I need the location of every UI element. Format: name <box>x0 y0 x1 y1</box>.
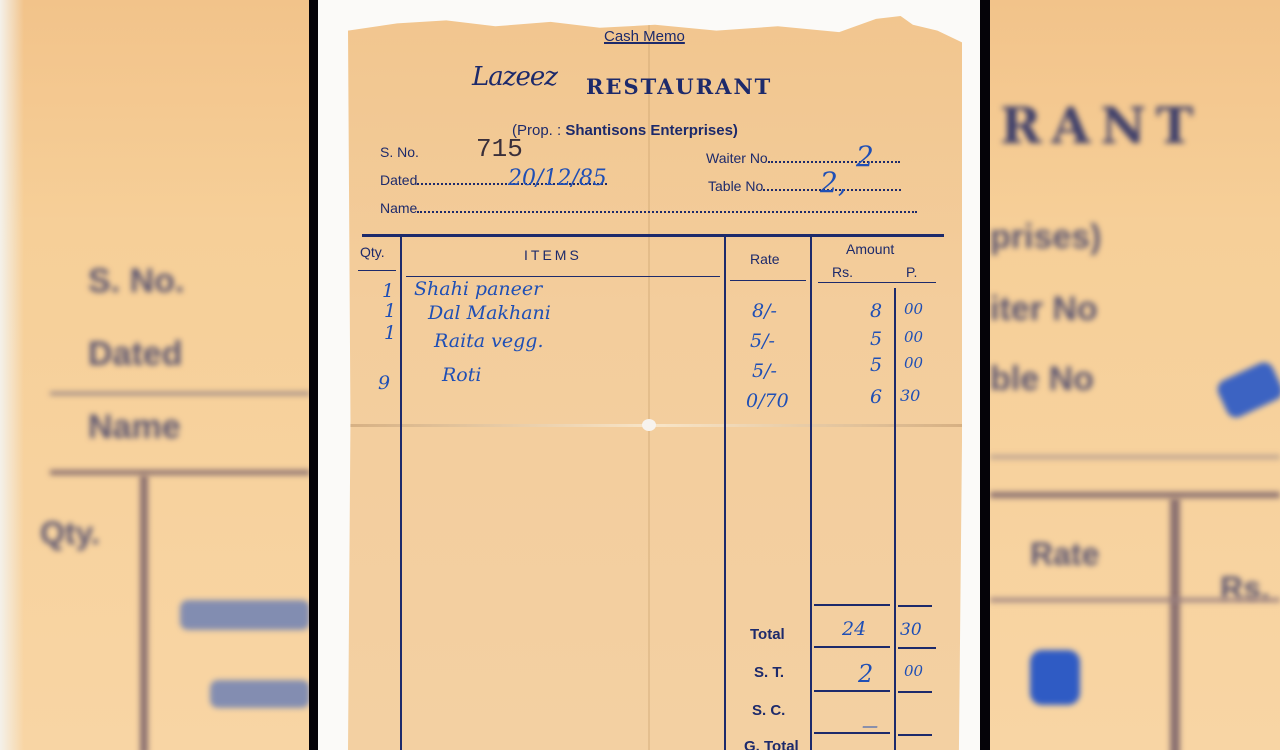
sales-tax-rupees: 2 <box>858 660 873 688</box>
row-paise: 30 <box>900 386 920 405</box>
proprietor-name: Shantisons Enterprises) <box>565 122 738 139</box>
summary-rule <box>814 732 890 734</box>
proprietor-line: (Prop. : Shantisons Enterprises) <box>512 122 738 139</box>
paise-header: P. <box>906 264 917 280</box>
blurred-handwriting <box>1030 650 1080 705</box>
row-qty: 1 <box>384 300 396 322</box>
amount-header: Amount <box>846 241 894 257</box>
table-value: 2, <box>820 166 847 199</box>
row-rupees: 8 <box>870 300 882 322</box>
summary-rule <box>898 605 932 607</box>
qty-column-rule <box>400 237 402 750</box>
blurred-label: S. No. <box>88 262 184 301</box>
summary-rule <box>898 734 932 736</box>
row-item: Shahi paneer <box>414 278 542 300</box>
restaurant-logo: Lazeez <box>472 62 557 92</box>
total-paise: 30 <box>900 620 922 640</box>
cash-memo-heading: Cash Memo <box>604 28 685 45</box>
rate-header-rule <box>730 280 806 281</box>
table-label: Table No <box>708 178 901 194</box>
row-rate: 0/70 <box>746 390 789 412</box>
blurred-label: prises) <box>990 218 1102 257</box>
row-qty: 1 <box>382 280 394 302</box>
row-paise: 00 <box>904 328 923 346</box>
row-qty: 9 <box>378 372 390 394</box>
row-rupees: 5 <box>870 354 882 376</box>
blurred-label: Rate <box>1030 536 1099 573</box>
serial-label: S. No. <box>380 144 419 160</box>
summary-rule <box>898 691 932 693</box>
rate-column-rule <box>810 237 812 750</box>
paper-tear <box>642 419 656 431</box>
row-item: Roti <box>442 364 481 386</box>
blurred-handwriting <box>1214 359 1280 421</box>
blurred-handwriting <box>210 680 310 708</box>
divider-bar-left <box>309 0 318 750</box>
blurred-rule <box>990 492 1280 498</box>
paise-column-rule <box>894 288 896 750</box>
blurred-rule <box>140 475 148 750</box>
receipt-paper: Cash Memo Lazeez RESTAURANT (Prop. : Sha… <box>348 16 962 750</box>
dated-value: 20/12/85 <box>508 166 607 191</box>
row-qty: 1 <box>384 322 396 344</box>
blurred-rule <box>1170 498 1180 750</box>
row-rate: 8/- <box>752 300 777 322</box>
blurred-label: iter No <box>990 290 1098 329</box>
blurred-rule <box>50 470 310 475</box>
row-paise: 00 <box>904 354 923 372</box>
table-top-rule <box>362 234 944 237</box>
summary-rule <box>898 647 936 649</box>
row-item: Raita vegg. <box>434 330 544 352</box>
row-rupees: 6 <box>870 386 882 408</box>
blurred-label: Dated <box>88 335 182 374</box>
serial-number: 715 <box>476 134 523 164</box>
row-paise: 00 <box>904 300 923 318</box>
service-charge-label: S. C. <box>752 702 785 719</box>
summary-rule <box>814 646 890 648</box>
summary-rule <box>814 604 890 606</box>
blurred-rule <box>990 455 1280 459</box>
blurred-rule <box>50 392 310 395</box>
divider-bar-right <box>980 0 990 750</box>
rate-header: Rate <box>750 251 780 267</box>
waiter-value: 2 <box>856 140 874 173</box>
sales-tax-paise: 00 <box>904 662 923 680</box>
blurred-label: RANT <box>1000 96 1203 155</box>
blurred-handwriting <box>180 600 310 630</box>
row-rupees: 5 <box>870 328 882 350</box>
blurred-background-right: RANT prises) iter No ble No Rate Rs. <box>990 0 1280 750</box>
grand-total-label: G. Total <box>744 738 799 750</box>
restaurant-title: RESTAURANT <box>586 74 772 99</box>
sales-tax-label: S. T. <box>754 664 784 681</box>
amount-header-rule <box>818 282 936 283</box>
qty-header-rule <box>358 270 396 271</box>
total-label: Total <box>750 626 785 643</box>
total-rupees: 24 <box>842 618 866 640</box>
blurred-label: Name <box>88 408 181 447</box>
items-header: ITEMS <box>524 247 582 263</box>
blurred-background-left: S. No. Dated Name Qty. <box>0 0 310 750</box>
receipt-frame: Cash Memo Lazeez RESTAURANT (Prop. : Sha… <box>318 0 980 750</box>
blurred-rule <box>990 598 1280 602</box>
items-header-rule <box>406 276 720 277</box>
row-item: Dal Makhani <box>428 302 551 324</box>
row-rate: 5/- <box>752 360 777 382</box>
items-column-rule <box>724 237 726 750</box>
blurred-label: ble No <box>990 360 1094 399</box>
name-label: Name <box>380 200 917 216</box>
qty-header: Qty. <box>360 244 385 260</box>
blurred-label: Qty. <box>40 515 100 552</box>
row-rate: 5/- <box>750 330 775 352</box>
rupees-header: Rs. <box>832 264 853 280</box>
summary-rule <box>814 690 890 692</box>
